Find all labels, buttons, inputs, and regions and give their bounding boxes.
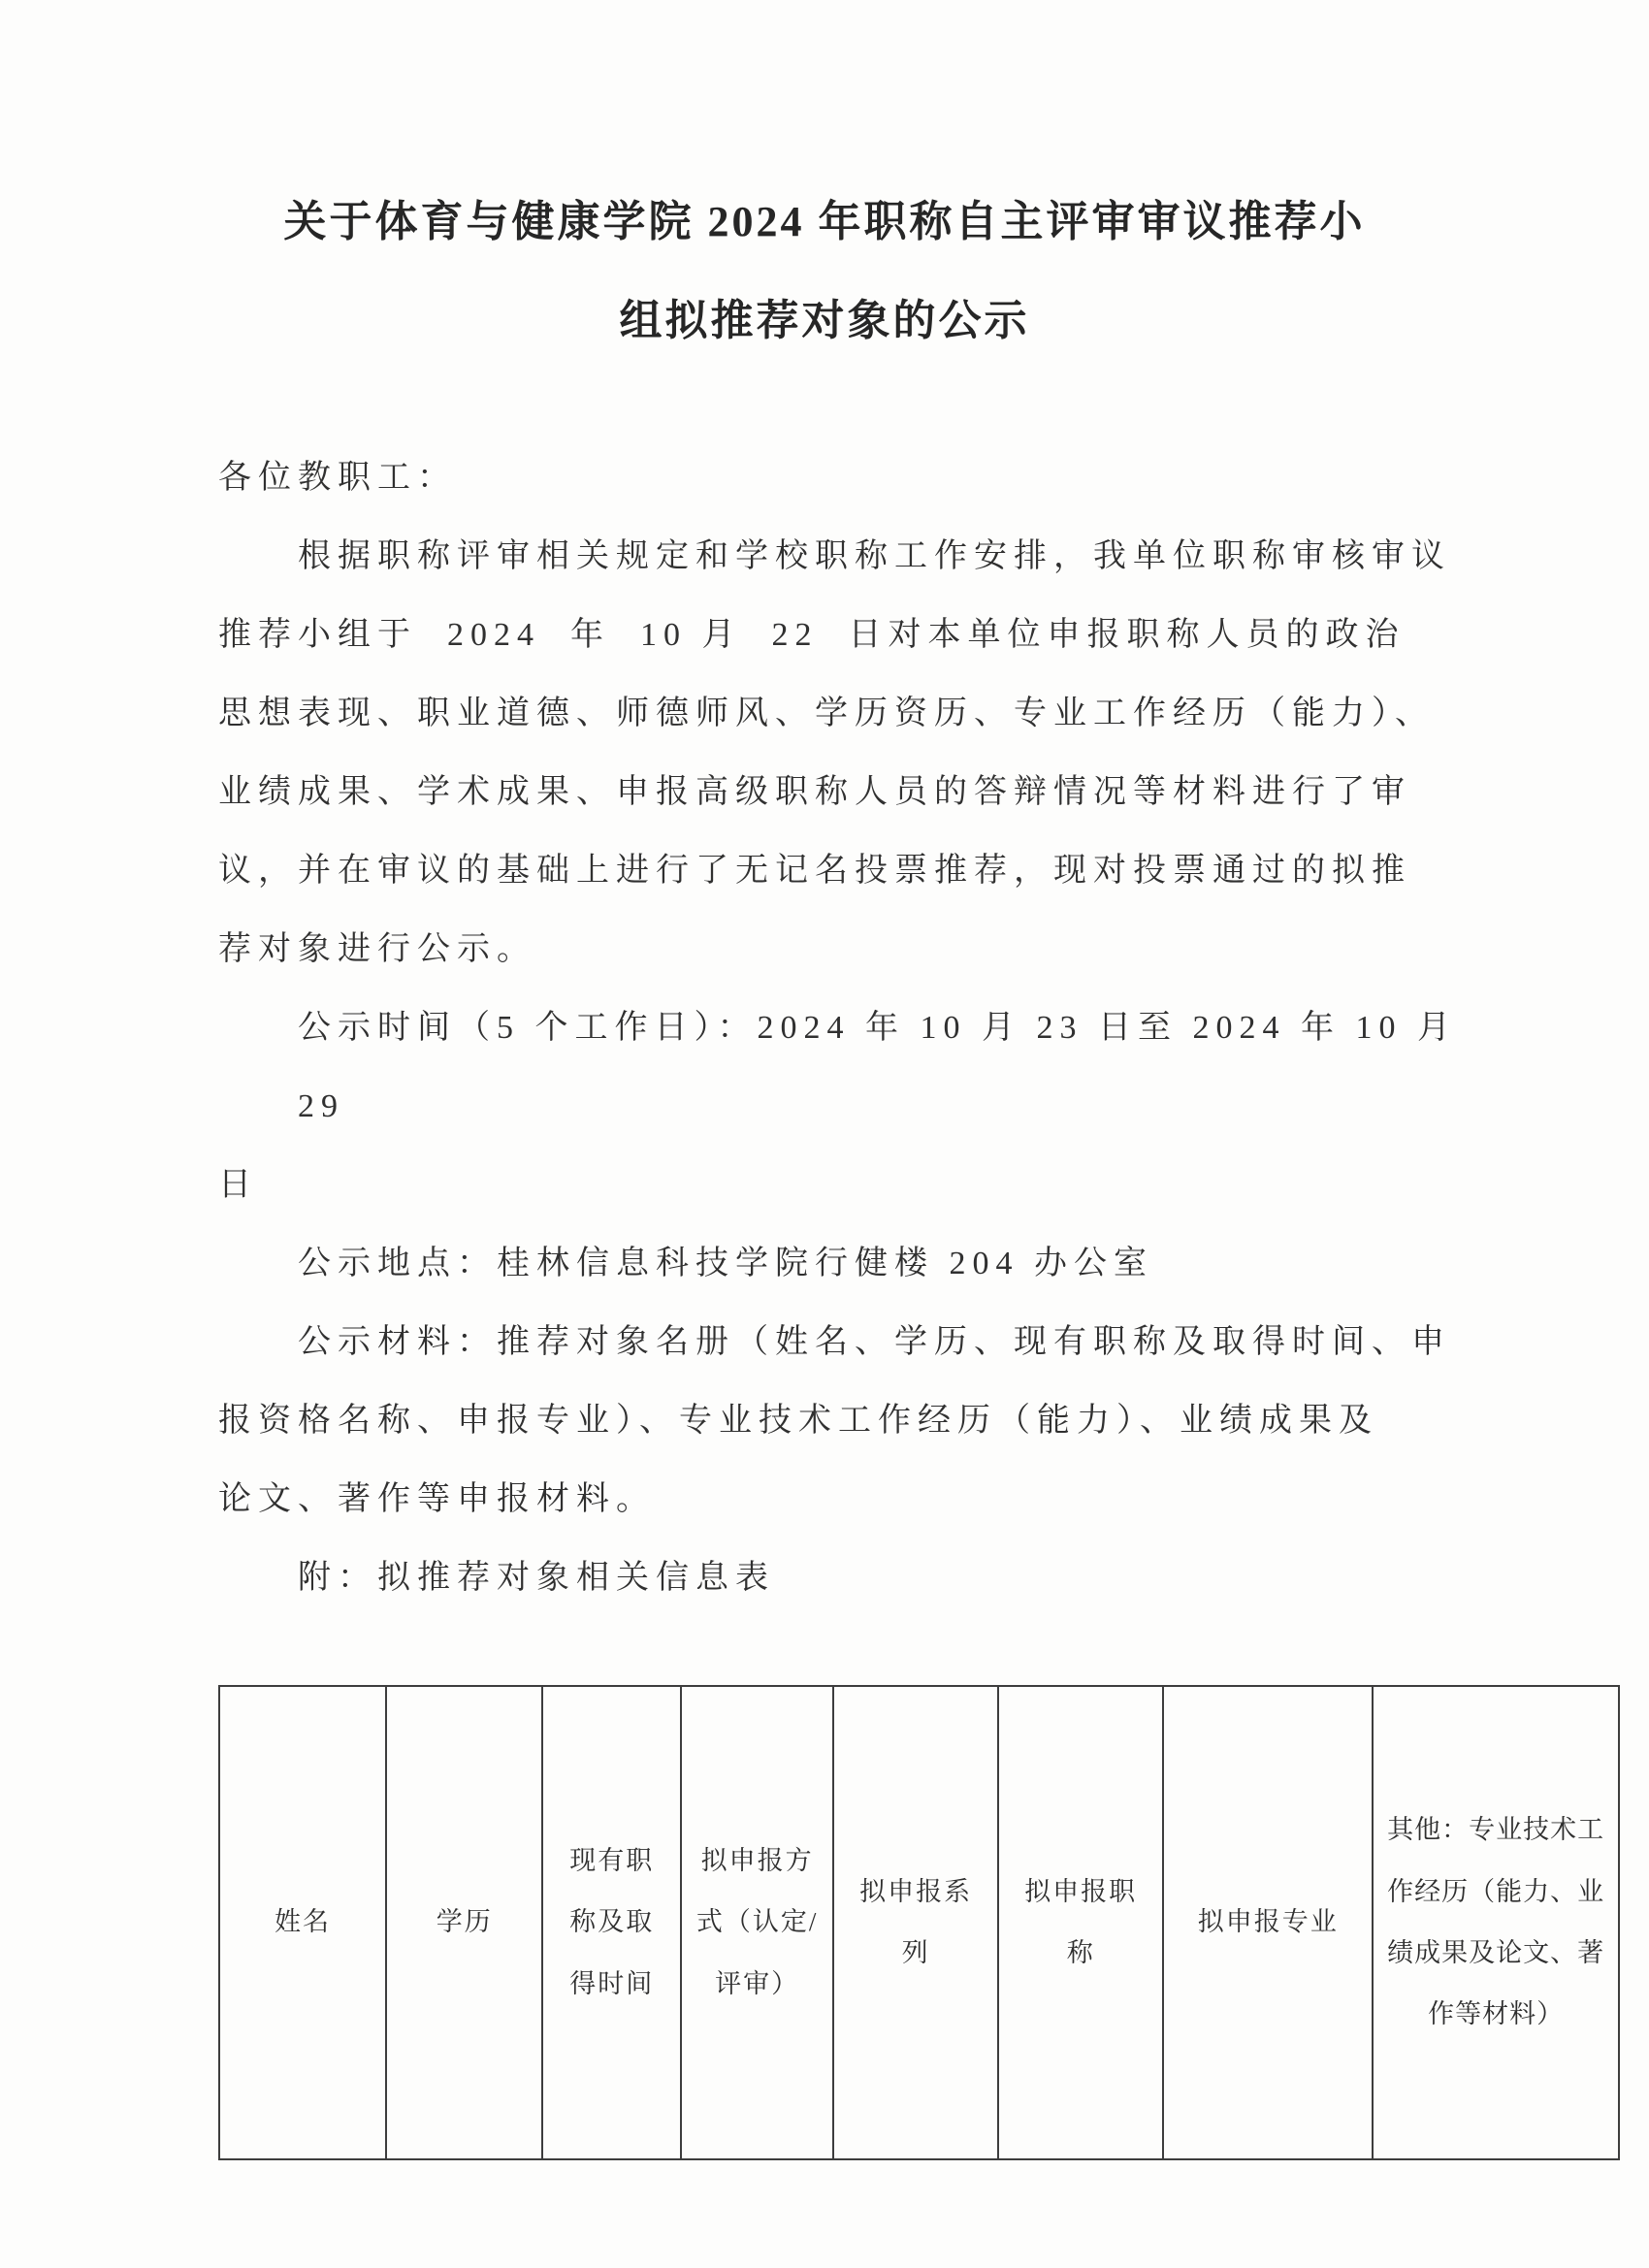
- body-line: 荐对象进行公示。: [218, 910, 1470, 988]
- body-line: 报资格名称、申报专业）、专业技术工作经历（能力）、业绩成果及: [218, 1381, 1470, 1460]
- salutation: 各位教职工：: [218, 438, 1470, 517]
- table-header-application-method: 拟申报方 式（认定/ 评审）: [680, 1687, 832, 2158]
- body-line: 业绩成果、学术成果、申报高级职称人员的答辩情况等材料进行了审: [218, 753, 1470, 831]
- document-title: 关于体育与健康学院 2024 年职称自主评审审议推荐小 组拟推荐对象的公示: [0, 173, 1649, 371]
- table-header-current-title: 现有职 称及取 得时间: [541, 1687, 680, 2158]
- table-header-proposed-major: 拟申报专业: [1162, 1687, 1372, 2158]
- body-line: 论文、著作等申报材料。: [218, 1460, 1470, 1539]
- table-header-series: 拟申报系 列: [832, 1687, 997, 2158]
- document-body: 各位教职工： 根据职称评审相关规定和学校职称工作安排，我单位职称审核审议 推荐小…: [218, 438, 1470, 1617]
- table-header-other-materials: 其他：专业技术工 作经历（能力、业 绩成果及论文、著 作等材料）: [1372, 1687, 1618, 2158]
- table-header-name: 姓名: [220, 1687, 385, 2158]
- body-line: 推荐小组于 2024 年 10 月 22 日对本单位申报职称人员的政治: [218, 596, 1470, 674]
- title-line-2: 组拟推荐对象的公示: [0, 272, 1649, 371]
- publicity-materials-line: 公示材料：推荐对象名册（姓名、学历、现有职称及取得时间、申: [218, 1303, 1470, 1381]
- body-line: 日: [218, 1146, 1470, 1224]
- body-line: 根据职称评审相关规定和学校职称工作安排，我单位职称审核审议: [218, 517, 1470, 596]
- document-page: 关于体育与健康学院 2024 年职称自主评审审议推荐小 组拟推荐对象的公示 各位…: [0, 0, 1649, 2268]
- recommendation-info-table: 姓名 学历 现有职 称及取 得时间 拟申报方 式（认定/ 评审） 拟申报系 列 …: [218, 1685, 1620, 2160]
- publicity-location-line: 公示地点：桂林信息科技学院行健楼 204 办公室: [218, 1224, 1470, 1303]
- publicity-period-line: 公示时间（5 个工作日）：2024 年 10 月 23 日至 2024 年 10…: [218, 988, 1470, 1146]
- body-line: 思想表现、职业道德、师德师风、学历资历、专业工作经历（能力）、: [218, 674, 1470, 753]
- attachment-note-line: 附：拟推荐对象相关信息表: [218, 1539, 1470, 1617]
- table-header-proposed-title: 拟申报职 称: [997, 1687, 1162, 2158]
- body-line: 议，并在审议的基础上进行了无记名投票推荐，现对投票通过的拟推: [218, 831, 1470, 910]
- title-line-1: 关于体育与健康学院 2024 年职称自主评审审议推荐小: [0, 173, 1649, 272]
- table-header-education: 学历: [385, 1687, 541, 2158]
